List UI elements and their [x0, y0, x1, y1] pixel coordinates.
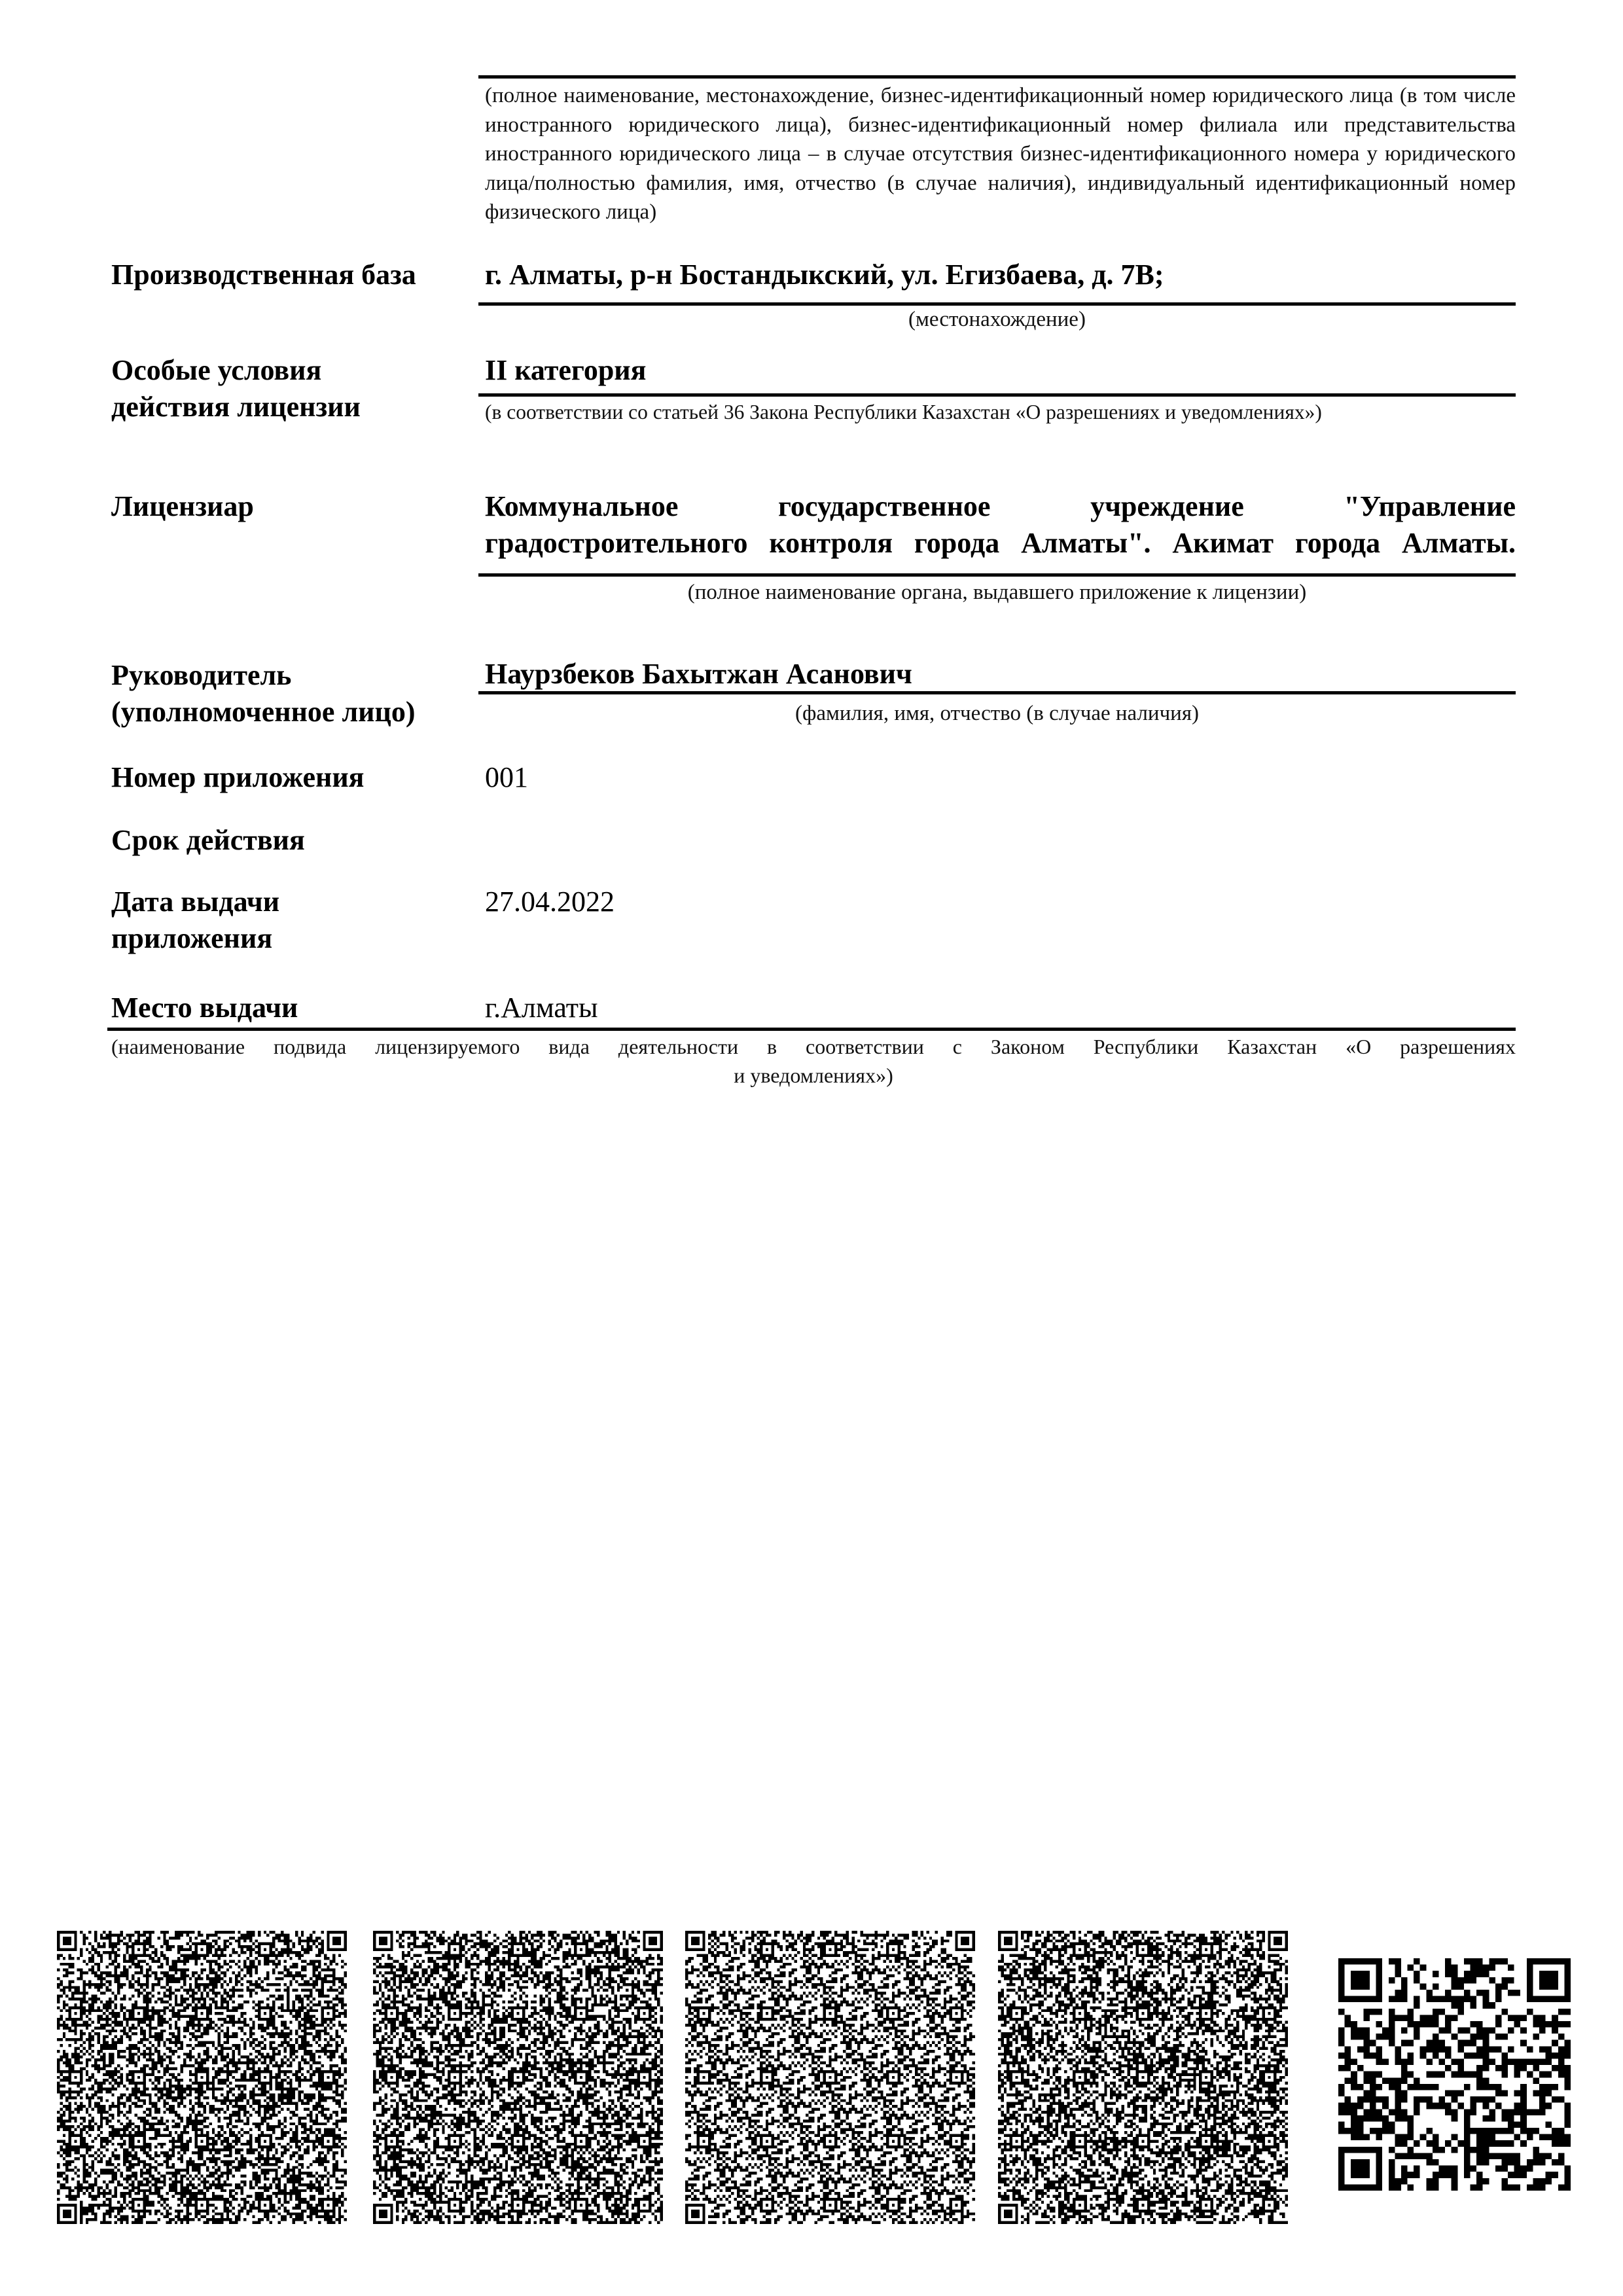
qr-code-main: [1338, 1958, 1571, 2191]
bottom-caption-line2: и уведомлениях»): [111, 1061, 1516, 1090]
production-base-caption: (местонахождение): [478, 305, 1516, 334]
appendix-number-label: Номер приложения: [111, 759, 465, 796]
top-rule: [478, 75, 1516, 79]
head-label-line2: (уполномоченное лицо): [111, 694, 465, 730]
issue-date-label-line1: Дата выдачи: [111, 884, 465, 920]
production-base-label: Производственная база: [111, 257, 465, 293]
licensor-value-line1: Коммунальное государственное учреждение …: [485, 488, 1516, 525]
head-caption: (фамилия, имя, отчество (в случае наличи…: [478, 699, 1516, 728]
issue-date-value: 27.04.2022: [485, 884, 1516, 920]
issue-date-label-line2: приложения: [111, 920, 465, 957]
organization-caption: (полное наименование, местонахождение, б…: [485, 81, 1516, 227]
head-label: Руководитель (уполномоченное лицо): [111, 657, 465, 730]
licensor-caption: (полное наименование органа, выдавшего п…: [478, 578, 1516, 607]
qr-code-icon: [685, 1931, 975, 2224]
qr-code-icon: [57, 1931, 347, 2224]
validity-label: Срок действия: [111, 822, 465, 859]
appendix-number-value: 001: [485, 759, 1516, 796]
special-conditions-label-line1: Особые условия: [111, 352, 465, 389]
qr-code-4: [998, 1931, 1288, 2224]
qr-code-2: [373, 1931, 663, 2224]
production-base-value: г. Алматы, р-н Бостандыкский, ул. Егизба…: [485, 257, 1516, 293]
qr-code-icon: [998, 1931, 1288, 2224]
special-conditions-rule: [478, 393, 1516, 397]
issue-date-label: Дата выдачи приложения: [111, 884, 465, 957]
issue-place-value: г.Алматы: [485, 990, 1516, 1026]
bottom-rule: [107, 1028, 1516, 1031]
head-rule: [478, 691, 1516, 694]
head-value: Наурзбеков Бахытжан Асанович: [485, 656, 1516, 692]
special-conditions-label: Особые условия действия лицензии: [111, 352, 465, 425]
special-conditions-caption: (в соответствии со статьей 36 Закона Рес…: [485, 397, 1519, 427]
licensor-label: Лицензиар: [111, 488, 465, 525]
qr-code-1: [57, 1931, 347, 2224]
bottom-caption: (наименование подвида лицензируемого вид…: [111, 1032, 1516, 1090]
licensor-value: Коммунальное государственное учреждение …: [485, 488, 1516, 562]
licensor-rule: [478, 573, 1516, 577]
special-conditions-label-line2: действия лицензии: [111, 389, 465, 425]
qr-code-icon: [373, 1931, 663, 2224]
bottom-caption-line1: (наименование подвида лицензируемого вид…: [111, 1032, 1516, 1061]
issue-place-label: Место выдачи: [111, 990, 465, 1026]
qr-code-icon: [1338, 1958, 1571, 2191]
licensor-value-line2: градостроительного контроля города Алмат…: [485, 525, 1516, 562]
head-label-line1: Руководитель: [111, 657, 465, 694]
qr-code-3: [685, 1931, 975, 2224]
special-conditions-value: II категория: [485, 352, 1516, 389]
